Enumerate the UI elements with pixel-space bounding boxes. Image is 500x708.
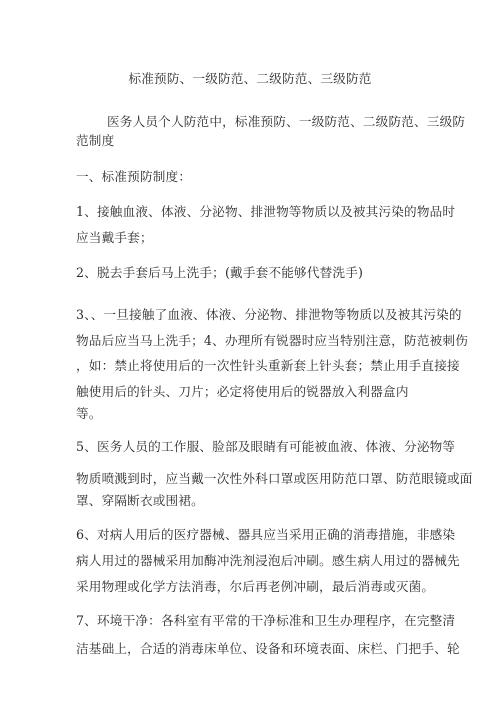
intro-line-2: 范制度	[76, 130, 114, 149]
item-6-line-3: 采用物理或化学方法消毒，尔后再老例冲刷，最后消毒或灭菌。	[76, 576, 434, 595]
item-1-line-2: 应当戴手套；	[76, 227, 153, 246]
item-5-line-3: 罩、穿隔断衣或围裙。	[76, 490, 204, 509]
item-4-line-4: 等。	[76, 403, 102, 422]
item-7-line-2: 洁基础上，合适的消毒床单位、设备和环境表面、床栏、门把手、轮	[76, 638, 460, 657]
item-3-line-2: 物品后应当马上洗手；4、办理所有锐器时应当特别注意，防范被刺伤	[76, 330, 468, 349]
item-6-line-1: 6、对病人用后的医疗器械、器具应当采用正确的消毒措施，非感染	[76, 524, 455, 543]
document-title: 标准预防、一级防范、二级防范、三级防范	[0, 68, 500, 87]
item-2-line-1: 2、脱去手套后马上洗手；(戴手套不能够代替洗手)	[76, 262, 363, 281]
item-4-line-3: 触使用后的针头、刀片；必定将使用后的锐器放入利器盒内	[76, 381, 409, 400]
item-7-line-1: 7、环境干净：各科室有平常的干净标准和卫生办理程序，在完整清	[76, 610, 455, 629]
item-4-line-2: ，如：禁止将使用后的一次性针头重新套上针头套；禁止用手直接接	[76, 355, 460, 374]
intro-line-1: 医务人员个人防范中，标准预防、一级防范、二级防范、三级防	[107, 111, 465, 130]
item-6-line-2: 病人用过的器械采用加酶冲洗剂浸泡后冲刷。感生病人用过的器械先	[76, 550, 460, 569]
item-5-line-2: 物质喷溅到时，应当戴一次性外科口罩或医用防范口罩、防范眼镜或面	[76, 468, 473, 487]
section-heading: 一、标准预防制度：	[76, 166, 191, 185]
item-1-line-1: 1、接触血液、体液、分泌物、排泄物等物质以及被其污染的物品时	[76, 201, 455, 220]
item-5-line-1: 5、医务人员的工作服、脸部及眼睛有可能被血液、体液、分泌物等	[76, 436, 455, 455]
item-3-line-1: 3、、一旦接触了血液、体液、分泌物、排泄物等物质以及被其污染的	[76, 304, 462, 323]
